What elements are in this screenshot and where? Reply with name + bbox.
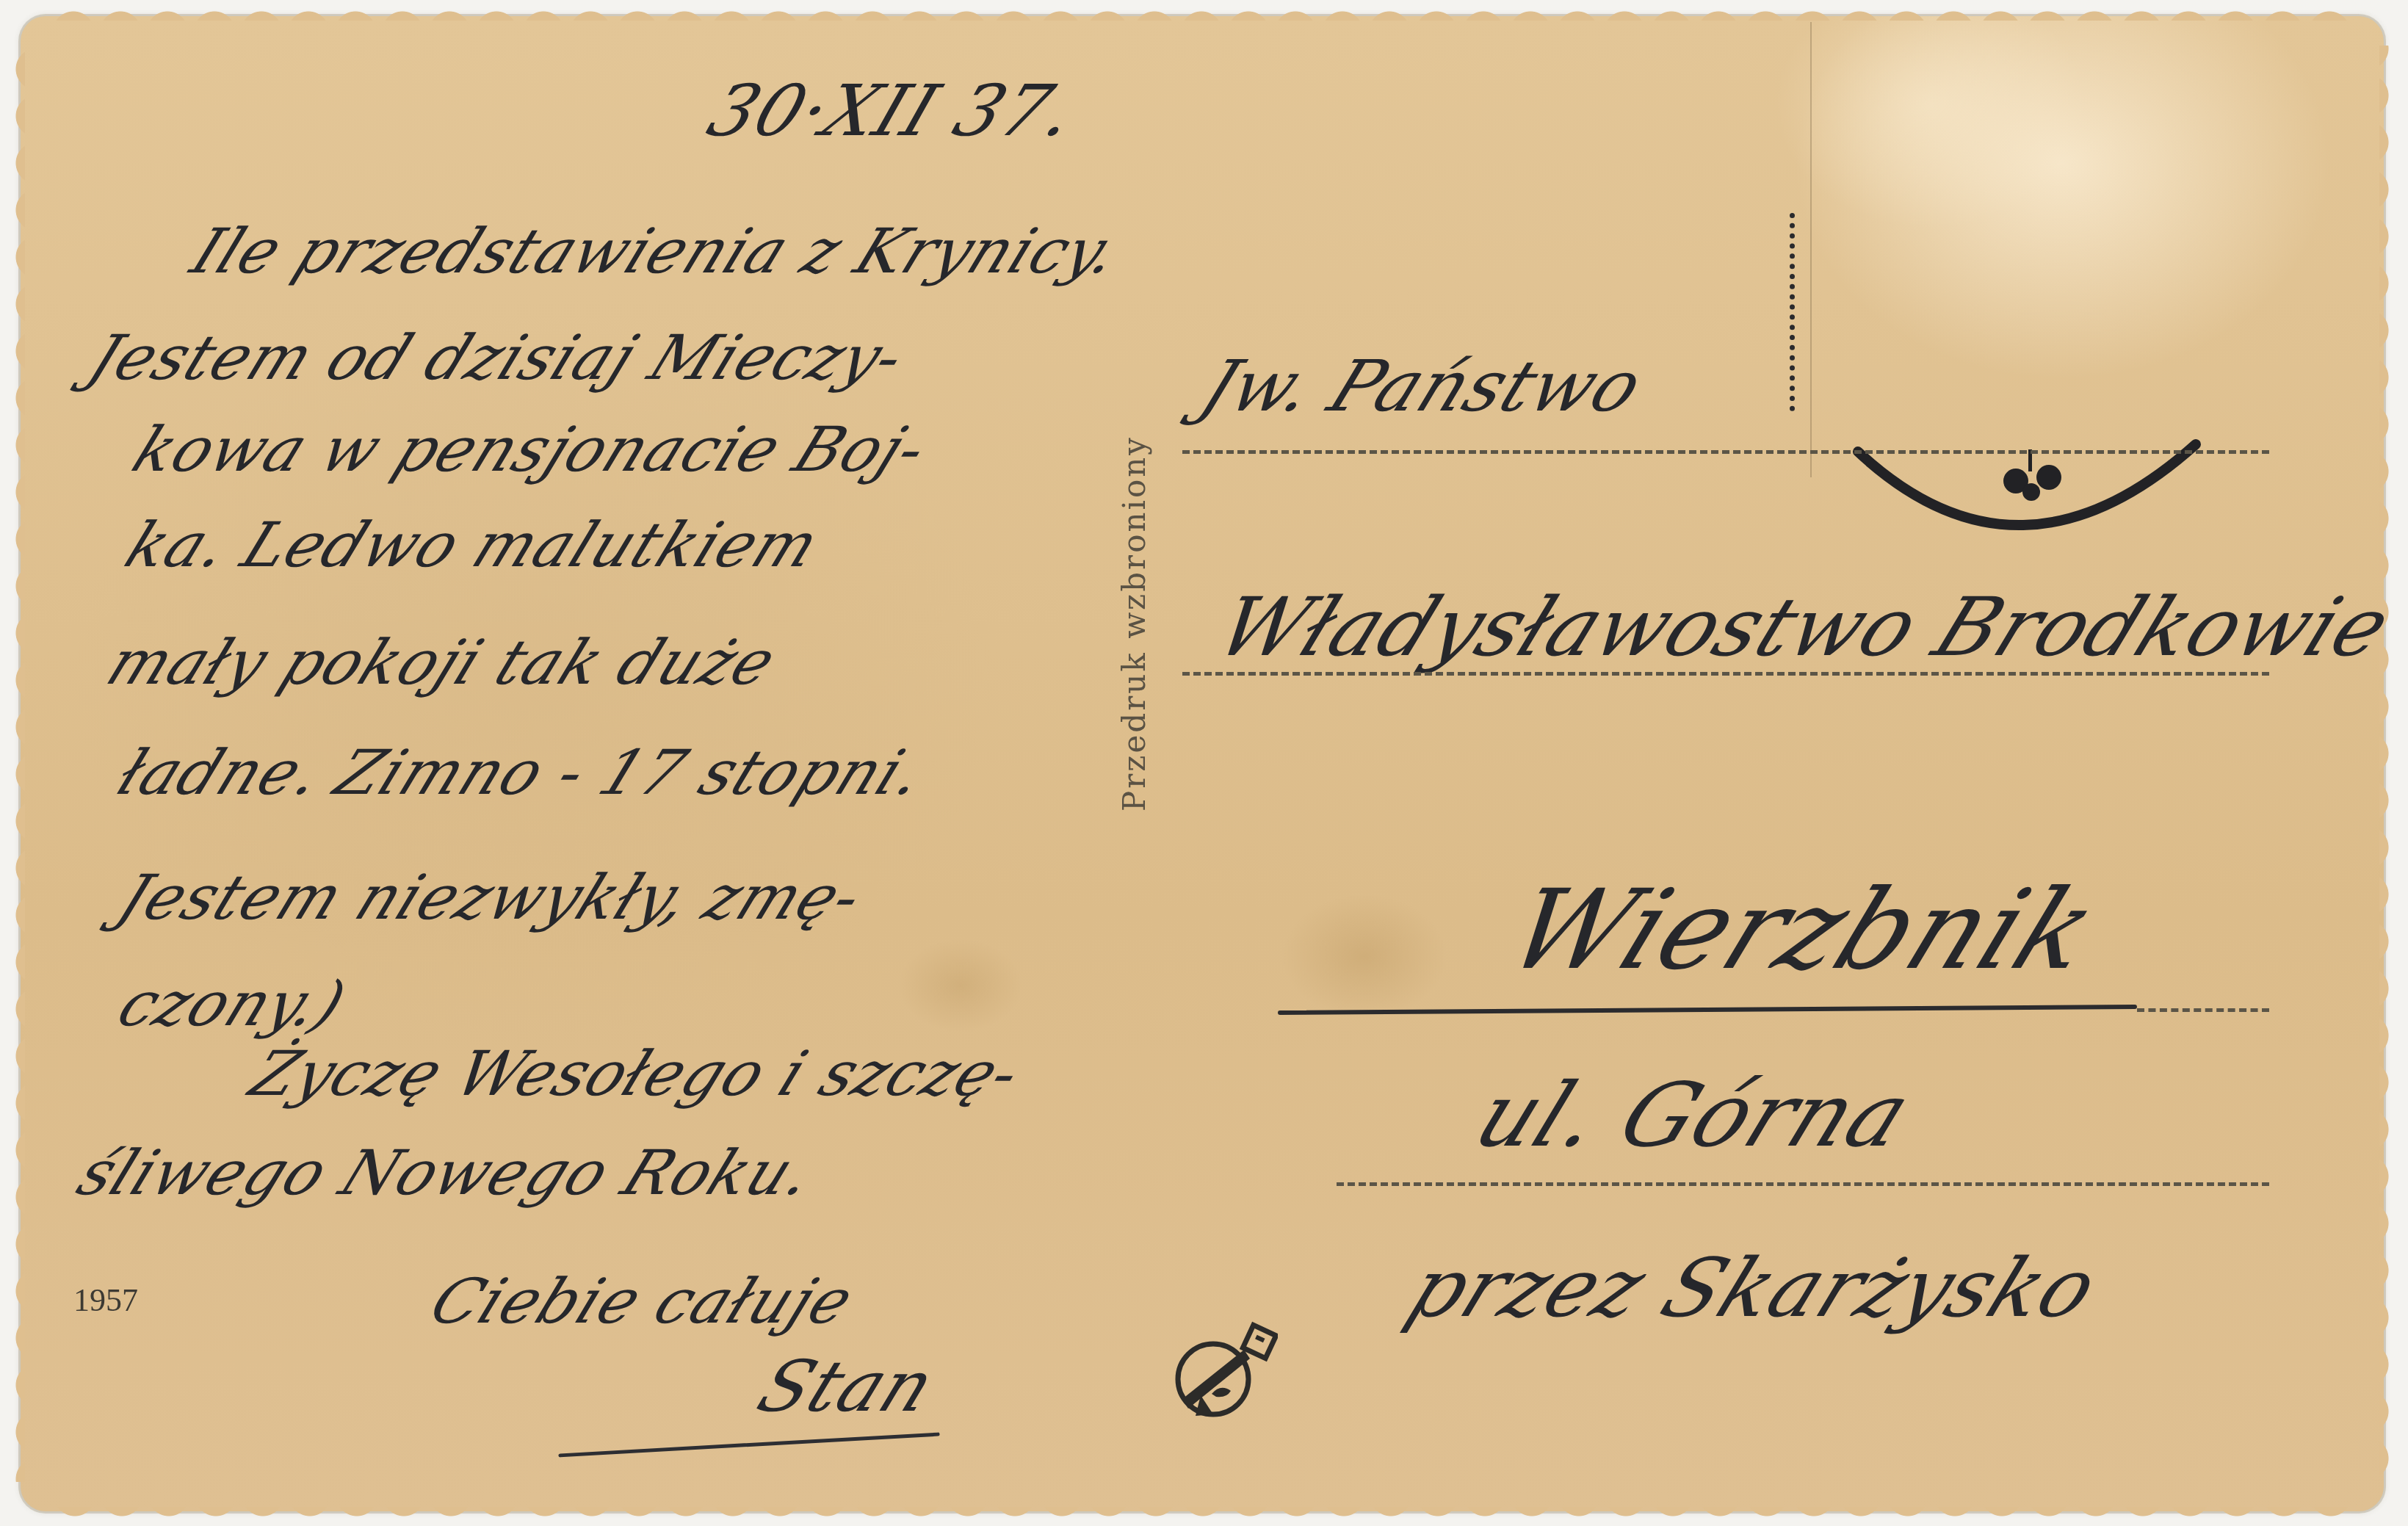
address-dotted-line-2 <box>1182 672 2269 676</box>
address-dotted-line-4 <box>1337 1182 2269 1186</box>
message-line: Jestem niezwykły, zmę- <box>110 867 871 928</box>
message-line: ładne. Zimno - 17 stopni. <box>110 742 933 803</box>
deckled-edge-top <box>50 9 2354 21</box>
postmark-icon <box>1836 411 2218 543</box>
reprint-prohibited-notice: Przedruk wzbroniony <box>1116 435 1152 811</box>
key-in-circle-icon <box>1168 1315 1278 1425</box>
stamp-tear-line <box>1810 22 1812 477</box>
postmark-fragment <box>1790 213 1802 411</box>
signature: Stan <box>749 1351 944 1422</box>
message-line: Ile przedstawienia z Krynicy. <box>184 220 1129 282</box>
message-line: Życzę Wesołego i szczę- <box>242 1043 1030 1104</box>
message-line: Jestem od dzisiaj Mieczy- <box>81 327 914 388</box>
message-closing: Ciebie całuje <box>422 1270 862 1332</box>
address-line-4: ul. Górna <box>1461 1065 1925 1167</box>
print-number: 1957 <box>73 1281 138 1319</box>
deckled-edge-bottom <box>50 1507 2354 1519</box>
deckled-edge-right <box>2379 46 2391 1482</box>
message-line: kowa w pensjonacie Boj- <box>125 419 936 480</box>
deckled-edge-left <box>13 46 25 1482</box>
address-line-1: Jw. Państwo <box>1190 345 1655 427</box>
message-line: ka. Ledwo malutkiem <box>117 514 828 576</box>
message-line: mały pokoji tak duże <box>99 632 785 693</box>
address-line-5: przez Skarżysko <box>1395 1241 2111 1335</box>
message-line: czony.) <box>110 973 355 1035</box>
address-dotted-line-1 <box>1182 450 2269 454</box>
address-line-3: Wierzbnik <box>1491 867 2115 994</box>
message-line: śliwego Nowego Roku. <box>70 1142 823 1204</box>
letter-date: 30·XII 37. <box>698 70 1088 152</box>
address-line-2: Władysławostwo Brodkowie <box>1204 580 2404 674</box>
address-dotted-line-3 <box>2137 1008 2269 1012</box>
